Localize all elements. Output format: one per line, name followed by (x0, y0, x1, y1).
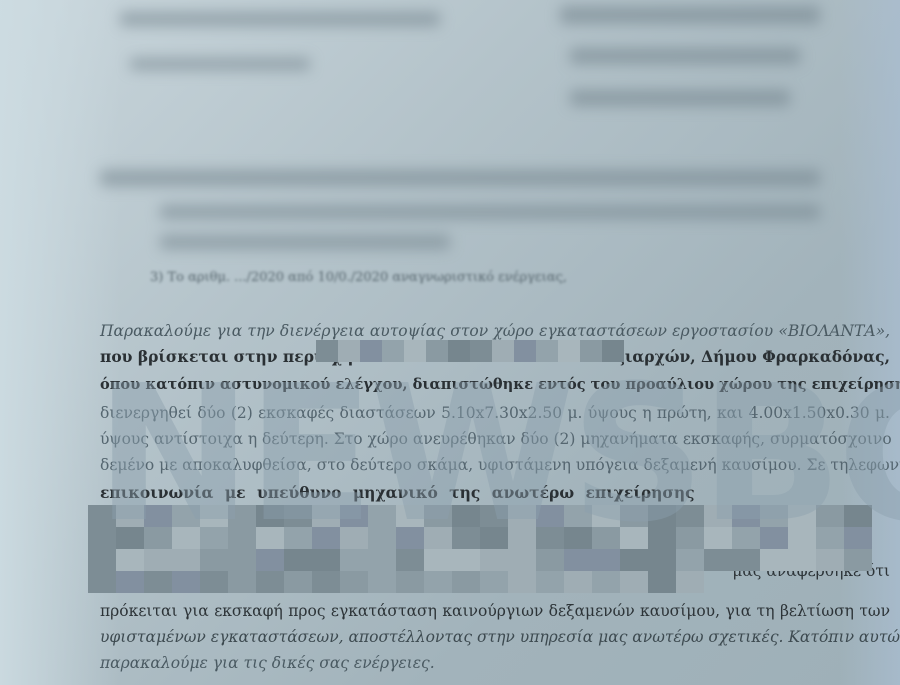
blurred-header (0, 0, 900, 300)
paragraph-line: παρακαλούμε για τις δικές σας ενέργειες. (100, 650, 435, 676)
paragraph-line: δεμένο με αποκαλυφθείσα, στο δεύτερο σκά… (100, 452, 890, 478)
paragraph-line: διενεργηθεί δύο (2) εκσκαφές διαστάσεων … (100, 400, 890, 426)
paragraph-line: πρόκειται για εκσκαφή προς εγκατάσταση κ… (100, 598, 890, 624)
paragraph-line: όπου κατόπιν αστυνομικού ελέγχου, διαπισ… (100, 372, 890, 398)
paragraph-line: υφισταμένων εγκαταστάσεων, αποστέλλοντας… (100, 624, 890, 650)
paragraph-line: επικοινωνία με υπεύθυνο μηχανικό της ανω… (100, 480, 695, 506)
redacted-engineer-details (88, 505, 872, 593)
paragraph-line: ύψους αντίστοιχα η δεύτερη. Στο χώρο ανε… (100, 426, 890, 452)
blurred-reference-line: 3) Το αριθμ. .../2020 από 10/0./2020 ανα… (150, 270, 567, 285)
paragraph-line: Ταξιαρχών, Δήμου Φραρκαδόνας, (592, 344, 890, 370)
redacted-location (316, 340, 624, 362)
